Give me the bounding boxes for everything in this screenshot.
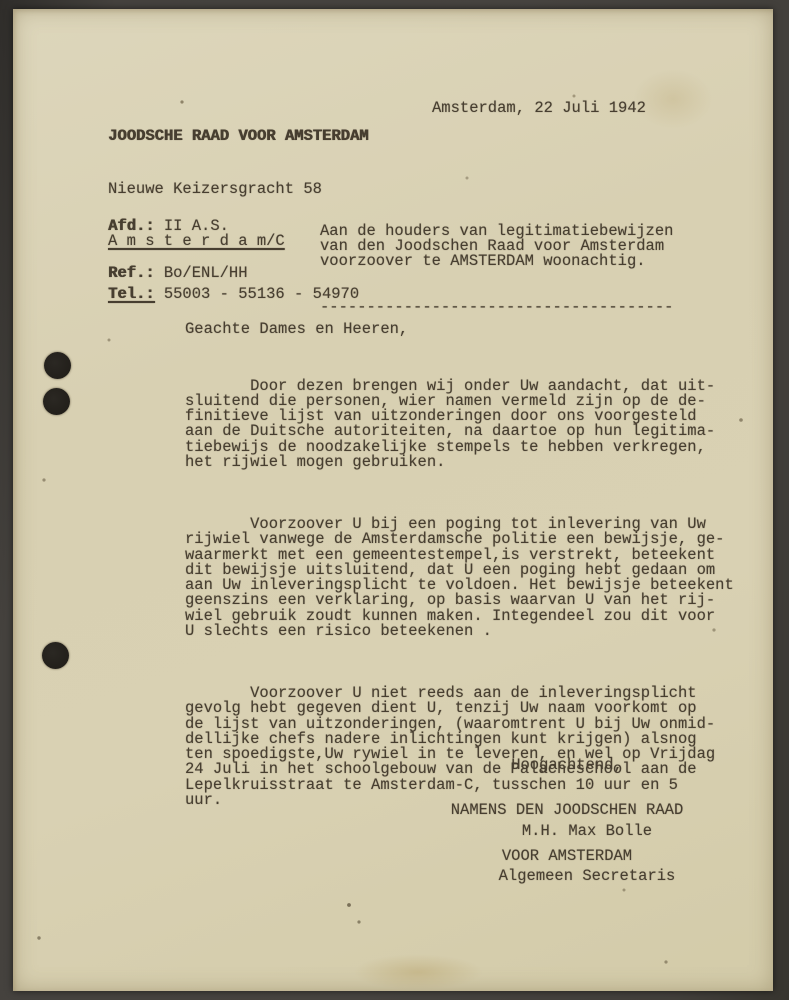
afd-value: II A.S. — [155, 217, 229, 235]
afd-line: Afd.: II A.S. — [108, 219, 248, 235]
punch-hole-middle — [43, 388, 70, 415]
punch-hole-top — [44, 352, 71, 379]
ref-label: Ref.: — [108, 264, 155, 282]
afd-label: Afd.: — [108, 217, 155, 235]
paragraph-2: Voorzoover U bij een poging tot inleveri… — [185, 517, 763, 639]
dateline: Amsterdam, 22 Juli 1942 — [432, 101, 646, 116]
valediction: Hoogachtend, — [417, 758, 717, 773]
ref-line: Ref.: Bo/ENL/HH — [108, 266, 248, 282]
org-name: JOODSCHE RAAD VOOR AMSTERDAM — [108, 128, 368, 146]
paper-stain — [353, 954, 483, 990]
reference-block: Afd.: II A.S. Ref.: Bo/ENL/HH — [108, 188, 248, 312]
scan-background: { "letterhead": { "org": "JOODSCHE RAAD … — [0, 0, 789, 1000]
paragraph-1: Door dezen brengen wij onder Uw aandacht… — [185, 379, 763, 471]
paper-specks — [13, 9, 15, 11]
recipient-lines: Aan de houders van legitimatiebewijzen v… — [320, 224, 673, 270]
recipient-divider: -------------------------------------- — [320, 300, 673, 315]
signer-title: Algemeen Secretaris — [437, 869, 737, 884]
punch-hole-bottom — [42, 642, 69, 669]
signer-name: M.H. Max Bolle — [437, 824, 737, 839]
ref-value: Bo/ENL/HH — [155, 264, 248, 282]
letter-page: JOODSCHE RAAD VOOR AMSTERDAM Nieuwe Keiz… — [13, 9, 773, 991]
salutation: Geachte Dames en Heeren, — [185, 322, 408, 337]
signature-block: M.H. Max Bolle Algemeen Secretaris — [437, 793, 737, 915]
